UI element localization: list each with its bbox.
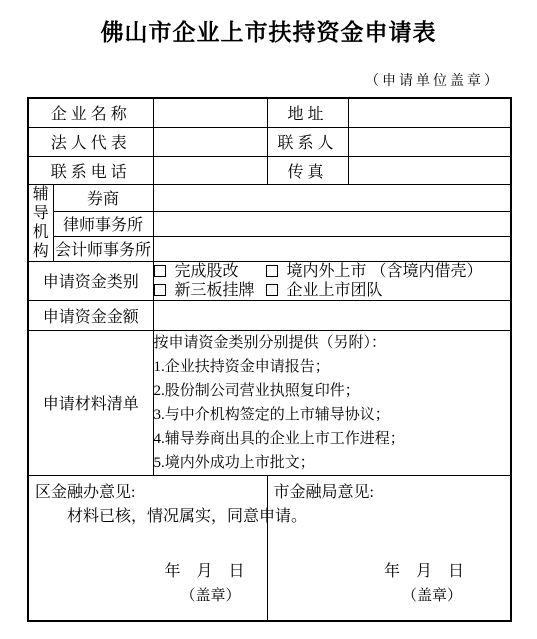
city-finance-opinion: 市金融局意见: 年 月 日 （盖章） — [268, 476, 511, 620]
table-row: 企业名称 地址 — [28, 98, 511, 127]
application-form-table: 企业名称 地址 法人代表 联系人 联系电话 传真 辅导机构 券商 律师事务所 — [27, 97, 512, 622]
materials-item-1: 1.企业扶持资金申请报告； — [154, 355, 511, 379]
broker-field[interactable] — [153, 184, 511, 211]
law-firm-label: 律师事务所 — [53, 211, 153, 236]
checkbox-icon[interactable] — [266, 265, 278, 277]
applicant-seal-note: （申请单位盖章） — [365, 70, 501, 90]
fund-category-line-2: 新三板挂牌企业上市团队 — [154, 281, 511, 300]
materials-item-2: 2.股份制公司营业执照复印件； — [154, 379, 511, 403]
materials-item-5: 5.境内外成功上市批文； — [154, 451, 511, 475]
city-seal-line: （盖章） — [274, 584, 511, 608]
table-row: 区金融办意见: 材料已核，情况属实，同意申请。 年 月 日 （盖章） 市金融局意… — [28, 475, 511, 621]
table-row: 申请资金类别 完成股改境内外上市 （含境内借壳） 新三板挂牌企业上市团队 — [28, 261, 511, 300]
district-seal-line: （盖章） — [35, 584, 267, 608]
checkbox-icon[interactable] — [154, 284, 166, 296]
checkbox-icon[interactable] — [266, 284, 278, 296]
spacer — [274, 504, 511, 560]
fund-category-options: 完成股改境内外上市 （含境内借壳） 新三板挂牌企业上市团队 — [153, 261, 511, 300]
option-label: 新三板挂牌 — [175, 282, 255, 299]
table-row: 申请资金金额 — [28, 300, 511, 330]
option-complete-share-reform[interactable]: 完成股改 — [154, 262, 266, 281]
spacer — [35, 530, 267, 560]
checkbox-icon[interactable] — [154, 265, 166, 277]
option-domestic-overseas-listing[interactable]: 境内外上市 （含境内借壳） — [266, 262, 483, 281]
fax-label: 传真 — [267, 156, 348, 184]
fax-field[interactable] — [348, 156, 511, 184]
accounting-firm-label: 会计师事务所 — [53, 236, 153, 261]
materials-item-4: 4.辅导券商出具的企业上市工作进程； — [154, 427, 511, 451]
city-finance-opinion-cell[interactable]: 市金融局意见: 年 月 日 （盖章） — [267, 475, 511, 621]
application-form-page: 佛山市企业上市扶持资金申请表 （申请单位盖章） 企业名称 地址 法人代表 联系人… — [0, 0, 537, 639]
table-row: 联系电话 传真 — [28, 156, 511, 184]
form-title: 佛山市企业上市扶持资金申请表 — [0, 14, 537, 47]
table-row: 会计师事务所 — [28, 236, 511, 261]
address-field[interactable] — [348, 98, 511, 127]
materials-item-3: 3.与中介机构签定的上市辅导协议； — [154, 403, 511, 427]
city-date-line: 年 月 日 — [274, 560, 511, 584]
table-row: 申请材料清单 按申请资金类别分别提供（另附）： 1.企业扶持资金申请报告； 2.… — [28, 330, 511, 475]
fund-category-line-1: 完成股改境内外上市 （含境内借壳） — [154, 262, 511, 281]
broker-label: 券商 — [53, 184, 153, 211]
company-name-field[interactable] — [153, 98, 267, 127]
fund-category-label: 申请资金类别 — [28, 261, 153, 300]
legal-rep-label: 法人代表 — [28, 127, 153, 156]
option-neeq-listing[interactable]: 新三板挂牌 — [154, 281, 266, 300]
table-row: 法人代表 联系人 — [28, 127, 511, 156]
city-opinion-label: 市金融局意见: — [274, 482, 511, 504]
option-label: 企业上市团队 — [287, 282, 383, 299]
option-label: 完成股改 — [175, 263, 239, 280]
district-finance-opinion-cell[interactable]: 区金融办意见: 材料已核，情况属实，同意申请。 年 月 日 （盖章） — [28, 475, 267, 621]
district-opinion-label: 区金融办意见: — [35, 482, 267, 504]
company-name-label: 企业名称 — [28, 98, 153, 127]
materials-list-label: 申请材料清单 — [28, 330, 153, 475]
contact-person-field[interactable] — [348, 127, 511, 156]
district-finance-opinion: 区金融办意见: 材料已核，情况属实，同意申请。 年 月 日 （盖章） — [29, 476, 267, 620]
guidance-group-label-text: 辅导机构 — [33, 185, 49, 261]
address-label: 地址 — [267, 98, 348, 127]
table-row: 辅导机构 券商 — [28, 184, 511, 211]
phone-label: 联系电话 — [28, 156, 153, 184]
law-firm-field[interactable] — [153, 211, 511, 236]
legal-rep-field[interactable] — [153, 127, 267, 156]
fund-amount-field[interactable] — [153, 300, 511, 330]
phone-field[interactable] — [153, 156, 267, 184]
fund-amount-label: 申请资金金额 — [28, 300, 153, 330]
option-listing-team[interactable]: 企业上市团队 — [266, 281, 383, 300]
contact-person-label: 联系人 — [267, 127, 348, 156]
materials-list-content: 按申请资金类别分别提供（另附）： 1.企业扶持资金申请报告； 2.股份制公司营业… — [153, 330, 511, 475]
table-row: 律师事务所 — [28, 211, 511, 236]
district-opinion-comment: 材料已核，情况属实，同意申请。 — [35, 504, 267, 530]
materials-intro: 按申请资金类别分别提供（另附）： — [154, 331, 511, 355]
district-date-line: 年 月 日 — [35, 560, 267, 584]
option-label: 境内外上市 （含境内借壳） — [287, 263, 483, 280]
guidance-group-label: 辅导机构 — [28, 184, 53, 261]
accounting-firm-field[interactable] — [153, 236, 511, 261]
